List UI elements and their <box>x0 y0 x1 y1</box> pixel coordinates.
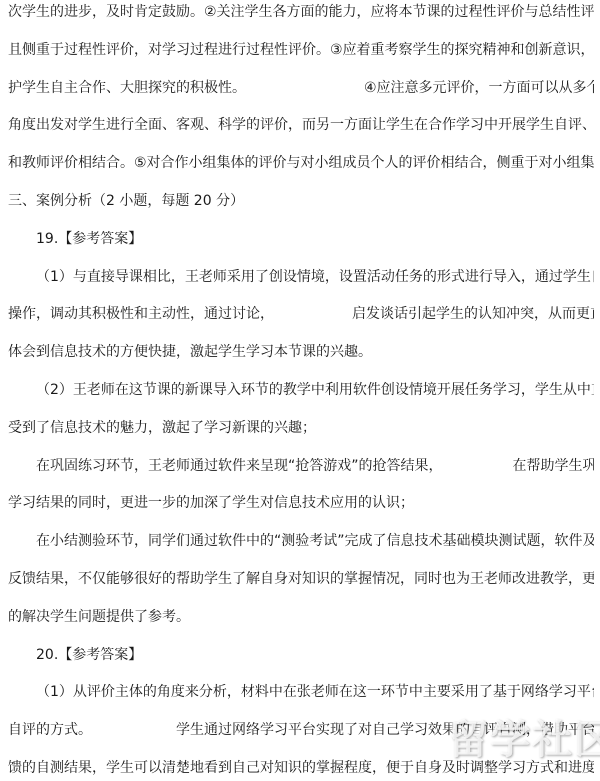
text-segment: 操作，调动其积极性和主动性，通过讨论， <box>8 306 274 322</box>
text-segment: 启发谈话引起学生的认知冲突，从而更直接的 <box>352 306 594 322</box>
text-line: （1）从评价主体的角度来分析，材料中在张老师在这一环节中主要采用了基于网络学习平… <box>8 674 594 712</box>
text-line: 受到了信息技术的魅力，激起了学习新课的兴趣； <box>8 410 594 448</box>
text-line: 学习结果的同时，更进一步的加深了学生对信息技术应用的认识； <box>8 485 594 523</box>
text-line: 和教师评价相结合。⑤对合作小组集体的评价与对小组成员个人的评价相结合，侧重于对小… <box>8 145 594 183</box>
text-segment: 护学生自主合作、大胆探究的积极性。 <box>8 80 246 96</box>
text-segment: 自评的方式。 <box>8 722 92 738</box>
text-segment: ④应注意多元评价，一方面可以从多个方面、多个 <box>364 80 594 96</box>
text-line: （2）王老师在这节课的新课导入环节的教学中利用软件创设情境开展任务学习，学生从中… <box>8 372 594 410</box>
answer-heading-19: 19.【参考答案】 <box>8 221 594 259</box>
text-line: （1）与直接导课相比，王老师采用了创设情境，设置活动任务的形式进行导入，通过学生… <box>8 259 594 297</box>
text-line-with-gap: 在巩固练习环节，王老师通过软件来呈现“抢答游戏”的抢答结果，在帮助学生巩固 <box>8 448 594 486</box>
text-line: 馈的自测结果，学生可以清楚地看到自己对知识的掌握程度，便于自身及时调整学习方式和… <box>8 750 594 781</box>
document-body: 次学生的进步，及时肯定鼓励。②关注学生各方面的能力，应将本节课的过程性评价与总结… <box>8 0 594 781</box>
section-heading: 三、案例分析（2 小题，每题 20 分） <box>8 183 594 221</box>
text-line-with-gap: 操作，调动其积极性和主动性，通过讨论，启发谈话引起学生的认知冲突，从而更直接的 <box>8 296 594 334</box>
text-segment: 在帮助学生巩固 <box>513 458 594 474</box>
text-segment: 学生通过网络学习平台实现了对自己学习效果的自评自测，借助平台即时反 <box>176 722 594 738</box>
text-line-with-gap: 护学生自主合作、大胆探究的积极性。④应注意多元评价，一方面可以从多个方面、多个 <box>8 70 594 108</box>
text-line-with-gap: 自评的方式。学生通过网络学习平台实现了对自己学习效果的自评自测，借助平台即时反 <box>8 712 594 750</box>
text-segment: 在巩固练习环节，王老师通过软件来呈现“抢答游戏”的抢答结果， <box>36 458 443 474</box>
text-line: 的解决学生问题提供了参考。 <box>8 599 594 637</box>
text-line: 反馈结果，不仅能够很好的帮助学生了解自身对知识的掌握情况，同时也为王老师改进教学… <box>8 561 594 599</box>
text-line: 且侧重于过程性评价，对学习过程进行过程性评价。③应着重考察学生的探究精神和创新意… <box>8 32 594 70</box>
text-line: 角度出发对学生进行全面、客观、科学的评价，而另一方面让学生在合作学习中开展学生自… <box>8 107 594 145</box>
text-line: 次学生的进步，及时肯定鼓励。②关注学生各方面的能力，应将本节课的过程性评价与总结… <box>8 0 594 32</box>
answer-heading-20: 20.【参考答案】 <box>8 637 594 675</box>
text-line: 体会到信息技术的方便快捷，激起学生学习本节课的兴趣。 <box>8 334 594 372</box>
text-line: 在小结测验环节，同学们通过软件中的“测验考试”完成了信息技术基础模块测试题，软件… <box>8 523 594 561</box>
